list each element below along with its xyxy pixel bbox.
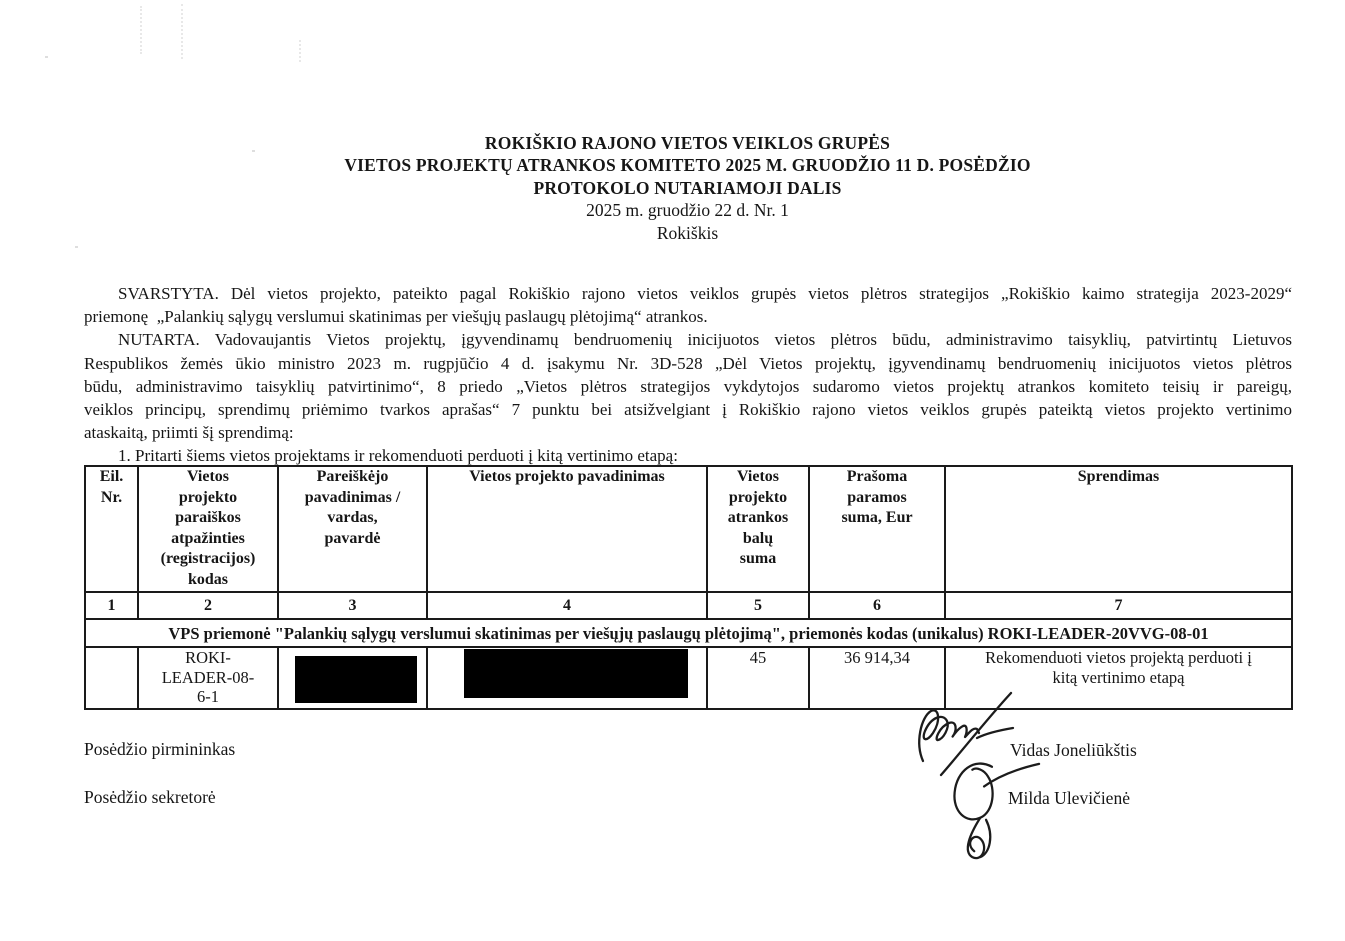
redacted-project-title [464,649,688,698]
column-number-6: 6 [809,592,945,619]
secretary-role-label: Posėdžio sekretorė [84,787,216,808]
nutarta-line-4: veiklos principų, sprendimų priėmimo tva… [84,398,1292,421]
measure-row: VPS priemonė "Palankių sąlygų verslumui … [85,619,1292,647]
document-body: SVARSTYTA. Dėl vietos projekto, pateikto… [84,282,1292,468]
col-header-eil-nr: Eil. Nr. [85,466,138,592]
secretary-signature [935,752,1043,867]
document-title-block: ROKIŠKIO RAJONO VIETOS VEIKLOS GRUPĖS VI… [84,132,1291,244]
col-header-sprendimas: Sprendimas [945,466,1292,592]
project-row: ROKI- LEADER-08- 6-1 45 36 914,34 Rekome… [85,647,1292,709]
project-eil-nr [85,647,138,709]
scan-speck [45,56,48,58]
project-title-cell [427,647,707,709]
title-line-3: PROTOKOLO NUTARIAMOJI DALIS [84,177,1291,199]
column-number-5: 5 [707,592,809,619]
measure-title: VPS priemonė "Palankių sąlygų verslumui … [85,619,1292,647]
col-header-prasoma-suma: Prašoma paramos suma, Eur [809,466,945,592]
nutarta-line-1: NUTARTA. Vadovaujantis Vietos projektų, … [84,328,1292,351]
column-number-2: 2 [138,592,278,619]
title-line-1: ROKIŠKIO RAJONO VIETOS VEIKLOS GRUPĖS [84,132,1291,154]
redacted-applicant-name [295,656,417,703]
scan-speck [75,246,78,248]
nutarta-line-5: ataskaitą, priimti šį sprendimą: [84,421,1292,444]
nutarta-line-3: būdu, administravimo taisyklių patvirtin… [84,375,1292,398]
column-number-1: 1 [85,592,138,619]
scan-artifact [140,6,142,54]
scan-artifact [181,4,183,59]
column-number-7: 7 [945,592,1292,619]
secretary-name: Milda Ulevičienė [1008,788,1130,809]
column-number-3: 3 [278,592,427,619]
project-code: ROKI- LEADER-08- 6-1 [138,647,278,709]
column-number-4: 4 [427,592,707,619]
chair-role-label: Posėdžio pirmininkas [84,739,235,760]
col-header-paraiskos-kodas: Vietos projekto paraiškos atpažinties (r… [138,466,278,592]
nutarta-line-2: Respublikos žemės ūkio ministro 2023 m. … [84,352,1292,375]
document-city: Rokiškis [84,222,1291,244]
table-header-row: Eil. Nr. Vietos projekto paraiškos atpaž… [85,466,1292,592]
title-line-2: VIETOS PROJEKTŲ ATRANKOS KOMITETO 2025 M… [84,154,1291,176]
svarstyta-line-1: SVARSTYTA. Dėl vietos projekto, pateikto… [84,282,1292,305]
scanned-document-page: ROKIŠKIO RAJONO VIETOS VEIKLOS GRUPĖS VI… [0,0,1345,941]
project-applicant-cell [278,647,427,709]
document-date-number: 2025 m. gruodžio 22 d. Nr. 1 [84,199,1291,221]
scan-artifact [299,40,301,62]
project-score: 45 [707,647,809,709]
projects-table: Eil. Nr. Vietos projekto paraiškos atpaž… [84,465,1293,710]
col-header-pareiskejas: Pareiškėjo pavadinimas / vardas, pavardė [278,466,427,592]
svarstyta-line-2: priemonę „Palankių sąlygų verslumui skat… [84,305,1292,328]
col-header-projekto-pavadinimas: Vietos projekto pavadinimas [427,466,707,592]
column-number-row: 1 2 3 4 5 6 7 [85,592,1292,619]
col-header-balu-suma: Vietos projekto atrankos balų suma [707,466,809,592]
